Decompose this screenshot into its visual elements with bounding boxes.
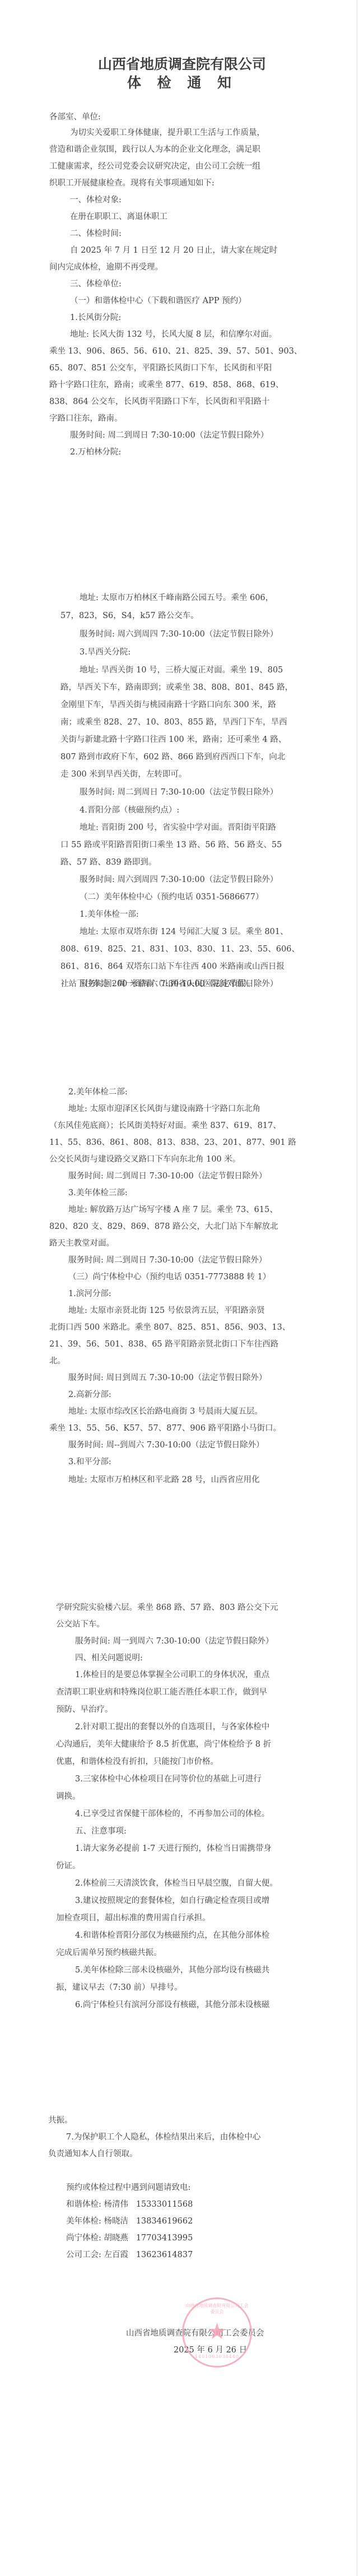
note-line: 6.尚宁体检只有滨河分部设有核磁，其他分部未设核磁: [75, 2000, 269, 2010]
note-line: 心沟通后，美年大健康给予 8.5 折优惠，尚宁体检给予 8 折: [56, 1739, 271, 1749]
note-line: 优惠，和谐体检没有折扣，只能按门市价格。: [56, 1757, 218, 1767]
seal-text: 山西省地质调查院有限公司工会委员会: [184, 2303, 250, 2315]
note-line: 1.请大家务必提前 1-7 天进行预约，体检当日需携带身: [75, 1844, 272, 1854]
intro-line: 工健康需求，经公司党委会议研究决定，由公司工会统一组: [49, 161, 260, 171]
section-heading: 一、体检对象:: [70, 195, 122, 205]
section-body: 自 2025 年 7 月 1 日至 12 月 20 日止，请大家在规定时: [70, 245, 277, 256]
intro-line: 织职工开展健康检查。现将有关事项通知如下:: [49, 178, 214, 188]
branch-name: 3.美年体检三部:: [68, 1188, 128, 1198]
contacts-intro: 预约或体检过程中遇到问题请致电:: [66, 2183, 190, 2193]
service-hours: 服务时间: 周六到周四 7:30-10:00（法定节假日除外）: [80, 875, 278, 885]
address-line: 地址: 太原市综改区长治路电商街 3 号晨雨大厦五层。: [68, 1407, 263, 1417]
contact-name: 左百霞: [104, 2250, 129, 2259]
seal-code: 1401063038440: [184, 2354, 250, 2359]
note-line: 5.美年体检除三部未设核磁外，其他分部均设有核磁共: [75, 1965, 269, 1975]
address-line: 地址: 晋阳街 200 号，省实验中学对面。晋阳街平阳路: [80, 823, 276, 833]
address-line: 地址: 长风大街 132 号，长风大厦 8 层，和信摩尔对面。: [70, 329, 277, 340]
address-line: 金刚里下车，旱西关街与桃园南路十字路口向东 300 米，路: [60, 700, 276, 710]
address-line: 地址: 解放路万达广场写字楼 A 座 7 层。乘坐 73、615、: [68, 1205, 278, 1215]
note-line: 完成后需单另预约核磁共振。: [56, 1948, 162, 1958]
center-heading: （二）美年体检中心（预约电话 0351-5686677）: [80, 892, 264, 902]
address-line: 字路口往东，路南。: [49, 414, 123, 424]
service-hours: 服务时间: 周二到周日 7:30-10:00（法定节假日除外）: [70, 430, 268, 440]
note-line: 2.针对职工提出的套餐以外的自选项目，与各家体检中: [75, 1722, 269, 1732]
branch-name: 4.晋阳分部（核磁预约点）:: [80, 805, 179, 815]
address-line: 口 55 路或平阳路晋阳街口乘坐 13 路、56 路、56 路支、55: [60, 840, 282, 850]
branch-name: 1.滨河分部:: [68, 1289, 111, 1299]
contact-row: 尚宁体检: 胡晓燕 17703413995: [66, 2233, 193, 2243]
service-hours: 服务时间: 周日到周五 7:30-10:00（法定节假日除外）: [68, 1373, 267, 1383]
doc-title: 体 检 通 知: [0, 72, 364, 92]
service-hours: 服务时间: 周二到周日 7:30-10:00（法定节假日除外）: [68, 1171, 267, 1181]
address-line: 地址: 太原市迎泽区长风街与建设南路十字路口东北角: [68, 1104, 260, 1114]
contact-phone[interactable]: 13623614837: [136, 2250, 193, 2259]
section-body: 间内完成体检，逾期不再受理。: [49, 262, 163, 272]
address-line: 公交长风街与建设路交叉路口下车向东北角 100 米。: [49, 1154, 240, 1164]
address-line: 关街与新建北路十字路口往西 100 米，路南；还可乘坐 4 路、: [60, 735, 286, 745]
service-hours: 服务时间: 周二到周日 7:30-10:00（法定节假日除外）: [68, 1255, 267, 1265]
center-heading: （一）和谐体检中心（下载和谐医疗 APP 预约）: [70, 296, 246, 306]
address-line: 路、57 路、839 路即到。: [60, 857, 156, 867]
address-line: 807 路到市政府下车，602 路、866 路到府西西口下车，向北: [60, 752, 285, 762]
address-line: 路天主教堂对面。: [49, 1238, 114, 1248]
note-line: 4.已享受过省保健干部体检的，不再参加公司的体检。: [75, 1809, 269, 1819]
address-line: 公交站下车。: [56, 1619, 105, 1630]
note-line: 4.和谐体检晋阳分部仅为核磁预约点，在其他分部体检: [75, 1930, 269, 1941]
branch-name: 1.长风街分院:: [70, 313, 121, 323]
contact-label: 尚宁体检:: [66, 2234, 101, 2243]
note-line: 2.体检前三天清淡饮食，体检当日早晨空腹，自留大便。: [75, 1878, 278, 1888]
contact-label: 公司工会:: [66, 2250, 101, 2259]
contact-name: 杨晓洁: [104, 2217, 129, 2226]
address-line: 861、816、864 双塔东口站下车往西 400 米路南或山西日报: [60, 962, 284, 972]
salutation: 各部室、单位:: [49, 112, 101, 122]
address-line: 地址: 太原市亲贤北街 125 号依景湾五层，平阳路亲贤: [68, 1306, 265, 1316]
note-line: 查清职工职业病和特殊岗位职工能否胜任本职工作，做到早: [56, 1687, 267, 1697]
branch-name: 2.美年体检二部:: [68, 1087, 128, 1097]
address-line: 路十字路口往东，路南；或乘坐 877、619、858、868、619、: [49, 380, 284, 390]
center-heading: （三）尚宁体检中心（预约电话 0351-7773888 转 1）: [68, 1272, 270, 1282]
contact-phone[interactable]: 15333011568: [136, 2200, 193, 2209]
contact-row: 美年体检: 杨晓洁 13834619662: [66, 2216, 193, 2226]
note-line: 3.三家体检中心体检项目在同等价位的基础上可进行: [75, 1774, 262, 1784]
star-icon: ★: [184, 2320, 250, 2343]
contact-row: 和谐体检: 杨清伟 15333011568: [66, 2199, 193, 2210]
contact-name: 杨清伟: [104, 2200, 129, 2209]
section-heading: 四、相关问题说明:: [75, 1653, 143, 1663]
intro-line: 为切实关爱职工身体健康，提升职工生活与工作质量，: [70, 128, 265, 138]
address-line: 路，旱西关下车，路南即到；或乘坐 38、808、801、845 路，: [60, 683, 293, 693]
branch-name: 2.万柏林分院:: [70, 447, 121, 457]
note-line: 预防、早治疗。: [56, 1705, 113, 1715]
branch-name: 1.美年体检一部:: [80, 909, 139, 920]
address-line: 57，823，S6，S4，k57 路公交车。: [60, 611, 199, 621]
note-line: 1.体检目的是要总体掌握全公司职工的身体状况，重点: [75, 1670, 269, 1680]
note-line: 加检查项目，超出标准的费用需自行承担。: [56, 1913, 211, 1923]
note-line: 3.建议按照规定的套餐体检，如自行确定检查项目或增: [75, 1896, 269, 1906]
address-line: 地址: 太原市万柏林区和平北路 28 号，山西省应用化: [68, 1475, 260, 1485]
intro-line: 营造和谐企业氛围，践行以人为本的企业文化理念，满足职: [49, 145, 260, 155]
address-line: 地址: 太原市万柏林区千峰南路公园五号。乘坐 606，: [80, 593, 273, 603]
address-line: （东风佳苑底商）；长风街美特好对面。乘坐 837、619、817、: [49, 1121, 281, 1131]
note-line: 共振。: [48, 2115, 73, 2125]
contact-row: 公司工会: 左百霞 13623614837: [66, 2250, 193, 2260]
page-edge: [357, 0, 357, 2576]
service-hours: 服务时间: 周一到周六 7:30-10:00（法定节假日除外）: [80, 979, 278, 989]
contact-label: 美年体检:: [66, 2217, 101, 2226]
address-line: 北街口西 500 米路北。乘坐 807、825、851、856、903、13、: [49, 1322, 290, 1333]
note-line: 负责通知本人自行领取。: [48, 2149, 138, 2159]
note-line: 7.为保护职工个人隐私，体检结果出来后，由体检中心: [66, 2132, 260, 2142]
address-line: 21、39、56、501、838、65 路平阳路亲贤北街口下车往西路: [49, 1339, 278, 1349]
official-seal: 山西省地质调查院有限公司工会委员会 ★ 1401063038440: [182, 2297, 252, 2368]
address-line: 南；或乘坐 828、27、10、803、855 路，旱西门下车，旱西: [60, 717, 287, 727]
contact-label: 和谐体检:: [66, 2200, 101, 2209]
service-hours: 服务时间: 周六到周四 7:30-10:00（法定节假日除外）: [80, 629, 278, 639]
branch-name: 3.旱西关分院:: [80, 647, 130, 657]
address-line: 地址: 太原市双塔东街 124 号闻汇大厦 3 层。乘坐 801、: [80, 927, 288, 937]
address-line: 65、807、851 公交车，平阳路长风街口下车，长风街和平阳: [49, 363, 272, 373]
address-line: 地址: 旱西关街 10 号，三桥大厦正对面。乘坐 19、805: [80, 665, 283, 675]
address-line: 走 300 米到旱西关街，左转即可。: [60, 769, 186, 779]
service-hours: 服务时间: 周--到周六 7:30-10:00（法定节假日除外）: [68, 1440, 264, 1450]
contact-phone[interactable]: 17703413995: [136, 2234, 193, 2243]
section-heading: 三、体检单位:: [70, 279, 122, 289]
note-line: 调换。: [56, 1791, 81, 1802]
note-line: 振，建议早去（7:30 前）早排号。: [56, 1983, 183, 1993]
service-hours: 服务时间: 周一到周六 7:30-10:00（法定节假日除外）: [75, 1636, 273, 1646]
service-hours: 服务时间: 周二到周日 7:30-10:00（法定节假日除外）: [80, 787, 278, 797]
address-line: 838、864 公交车，长风街平阳路口下车，长风街和平阳路十: [49, 397, 269, 407]
section-heading: 二、体检时间:: [70, 229, 122, 239]
address-line: 乘坐 13、906、865、56、610、21、825、39、57、501、90…: [49, 346, 302, 356]
section-heading: 五、注意事项:: [75, 1826, 127, 1836]
contact-phone[interactable]: 13834619662: [136, 2217, 193, 2226]
address-line: 11、55、836、861、808、813、838、23、201、877、901…: [49, 1138, 296, 1148]
address-line: 学研究院实验楼六层。乘坐 868 路、57 路、803 路公交下元: [56, 1603, 278, 1613]
branch-name: 3.和平分部:: [68, 1457, 111, 1467]
address-line: 乘坐 13、55、56、K57、57、877、906 路平阳路小马街口。: [49, 1423, 281, 1433]
contact-name: 胡晓燕: [104, 2234, 129, 2243]
address-line: 820、820 支、829、869、878 路公交，大北门站下车解放北: [49, 1222, 278, 1232]
branch-name: 2.高新分部:: [68, 1390, 111, 1400]
note-line: 份证。: [56, 1861, 81, 1871]
address-line: 北。: [49, 1356, 66, 1366]
address-line: 808、619、825、21、831、103、830、11、23、55、606、: [60, 944, 300, 954]
org-title: 山西省地质调查院有限公司: [0, 53, 364, 73]
section-body: 在册在职职工、离退休职工: [70, 212, 167, 222]
